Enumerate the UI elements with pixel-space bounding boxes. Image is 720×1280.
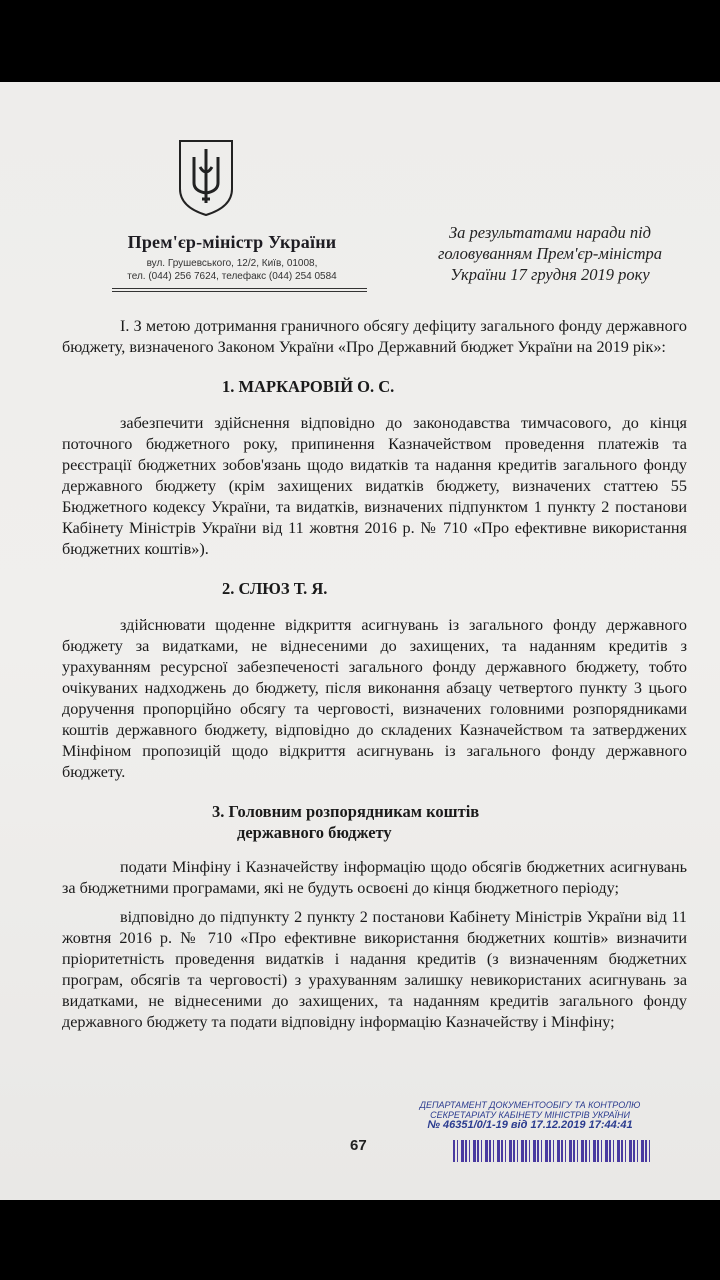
heading-line: державного бюджету bbox=[212, 822, 687, 843]
divider bbox=[112, 291, 367, 292]
phone-line: тел. (044) 256 7624, телефакс (044) 254 … bbox=[96, 270, 368, 283]
section-heading: 3. Головним розпорядникам коштів державн… bbox=[62, 801, 687, 843]
heading-line: 3. Головним розпорядникам коштів bbox=[212, 801, 687, 822]
paragraph: подати Мінфіну і Казначейству інформацію… bbox=[62, 857, 687, 899]
stamp-line: ДЕПАРТАМЕНТ ДОКУМЕНТООБІГУ ТА КОНТРОЛЮ bbox=[400, 1100, 660, 1110]
issuer-block: Прем'єр-міністр України вул. Грушевськог… bbox=[96, 232, 368, 283]
document-page: Прем'єр-міністр України вул. Грушевськог… bbox=[0, 82, 720, 1200]
paragraph: відповідно до підпункту 2 пункту 2 поста… bbox=[62, 907, 687, 1033]
meeting-line: головуванням Прем'єр-міністра bbox=[420, 243, 680, 264]
section-heading: 2. СЛЮЗ Т. Я. bbox=[62, 578, 687, 599]
meeting-line: За результатами наради під bbox=[420, 222, 680, 243]
barcode-icon bbox=[453, 1140, 651, 1162]
intro-paragraph: І. З метою дотримання граничного обсягу … bbox=[62, 316, 687, 358]
meeting-reference: За результатами наради під головуванням … bbox=[420, 222, 680, 285]
page-number: 67 bbox=[350, 1137, 367, 1154]
registration-stamp: ДЕПАРТАМЕНТ ДОКУМЕНТООБІГУ ТА КОНТРОЛЮ С… bbox=[400, 1100, 660, 1130]
registration-number: № 46351/0/1-19 від 17.12.2019 17:44:41 bbox=[400, 1120, 660, 1130]
divider bbox=[112, 288, 367, 289]
paragraph: здійснювати щоденне відкриття асигнувань… bbox=[62, 615, 687, 783]
issuer-name: Прем'єр-міністр України bbox=[96, 232, 368, 253]
address-line: вул. Грушевського, 12/2, Київ, 01008, bbox=[96, 257, 368, 270]
paragraph: забезпечити здійснення відповідно до зак… bbox=[62, 413, 687, 560]
section-heading: 1. МАРКАРОВІЙ О. С. bbox=[62, 376, 687, 397]
document-body: І. З метою дотримання граничного обсягу … bbox=[62, 316, 687, 1033]
trident-coat-of-arms-icon bbox=[176, 137, 236, 217]
meeting-line: України 17 грудня 2019 року bbox=[420, 264, 680, 285]
issuer-address: вул. Грушевського, 12/2, Київ, 01008, те… bbox=[96, 257, 368, 283]
